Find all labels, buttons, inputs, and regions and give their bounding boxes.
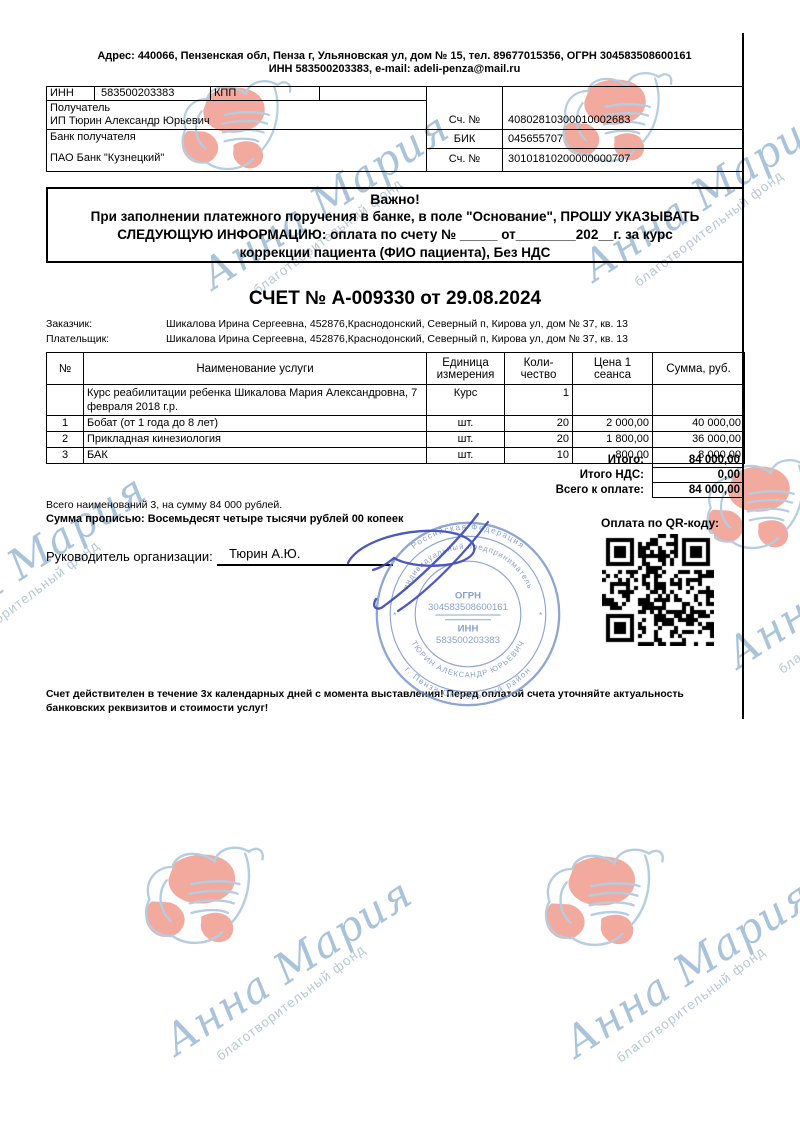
bik-value: 045655707 <box>503 130 743 149</box>
total-due-value: 84 000,00 <box>652 483 744 498</box>
notice-title: Важно! <box>48 190 742 208</box>
cell-unit: шт. <box>427 416 505 432</box>
customer-value: Шикалова Ирина Сергеевна, 452876,Краснод… <box>166 318 628 330</box>
services-table: № Наименование услуги Единица измерения … <box>46 352 745 464</box>
account-value: 40802810300010002683 <box>503 87 743 130</box>
total-nds-value: 0,00 <box>652 468 744 483</box>
notice-line-2: СЛЕДУЮЩУЮ ИНФОРМАЦИЮ: оплата по счету № … <box>48 226 742 244</box>
cell-name: Прикладная кинезиология <box>84 432 427 448</box>
customer-label: Заказчик: <box>46 318 166 330</box>
inn-value: 583500203383 <box>95 87 211 101</box>
total-value: 84 000,00 <box>652 453 744 468</box>
corr-account-value: 30101810200000000707 <box>503 149 743 171</box>
company-address-block: Адрес: 440066, Пензенская обл, Пенза г, … <box>46 50 743 76</box>
table-row: Курс реабилитации ребенка Шикалова Мария… <box>47 385 745 416</box>
address-line-2: ИНН 583500203383, e-mail: adeli-penza@ma… <box>46 63 743 76</box>
recipient-cell: Получатель ИП Тюрин Александр Юрьевич <box>47 101 427 130</box>
header-qty: Коли-чество <box>505 353 573 385</box>
cell-name: Курс реабилитации ребенка Шикалова Мария… <box>84 385 427 416</box>
stamp-star-right: * <box>539 610 543 620</box>
invoice-page: Адрес: 440066, Пензенская обл, Пенза г, … <box>0 0 800 1131</box>
table-row: 1 Бобат (от 1 года до 8 лет) шт. 20 2 00… <box>47 416 745 432</box>
payer-label: Плательщик: <box>46 333 166 345</box>
bik-label: БИК <box>427 130 503 149</box>
cell-num <box>47 385 84 416</box>
stamp-inn-value: 583500203383 <box>436 635 500 646</box>
cell-price <box>573 385 653 416</box>
table-header-row: № Наименование услуги Единица измерения … <box>47 353 745 385</box>
notice-line-3: коррекции пациента (ФИО пациента), Без Н… <box>48 244 742 262</box>
header-price: Цена 1 сеанса <box>573 353 653 385</box>
total-label: Итого: <box>608 453 652 468</box>
totals-block: Итого: 84 000,00 Итого НДС: 0,00 Всего к… <box>46 453 744 498</box>
kpp-value <box>320 87 427 101</box>
payment-notice-box: Важно! При заполнении платежного поручен… <box>46 187 744 263</box>
customer-row: Заказчик: Шикалова Ирина Сергеевна, 4528… <box>46 318 744 330</box>
items-count-line: Всего наименований 3, на сумму 84 000 ру… <box>46 499 282 511</box>
recipient-label: Получатель <box>50 102 423 115</box>
recipient-bank-name: ПАО Банк "Кузнецкий" <box>50 152 423 165</box>
kpp-label: КПП <box>211 87 320 101</box>
signature-scribble <box>330 508 530 618</box>
inn-label: ИНН <box>47 87 95 101</box>
cell-unit: шт. <box>427 432 505 448</box>
cell-sum: 36 000,00 <box>653 432 745 448</box>
recipient-name: ИП Тюрин Александр Юрьевич <box>50 115 423 128</box>
notice-line-1: При заполнении платежного поручения в ба… <box>48 208 742 226</box>
director-label: Руководитель организации: <box>46 549 213 564</box>
cell-qty: 20 <box>505 416 573 432</box>
cell-unit: Курс <box>427 385 505 416</box>
address-line-1: Адрес: 440066, Пензенская обл, Пенза г, … <box>46 50 743 63</box>
cell-sum <box>653 385 745 416</box>
recipient-bank-label: Банк получателя <box>50 131 423 144</box>
total-row: Итого НДС: 0,00 <box>46 468 744 483</box>
cell-price: 2 000,00 <box>573 416 653 432</box>
payer-value: Шикалова Ирина Сергеевна, 452876,Краснод… <box>166 333 628 345</box>
payer-row: Плательщик: Шикалова Ирина Сергеевна, 45… <box>46 333 744 345</box>
table-row: 2 Прикладная кинезиология шт. 20 1 800,0… <box>47 432 745 448</box>
total-row: Итого: 84 000,00 <box>46 453 744 468</box>
invoice-title: СЧЕТ № А-009330 от 29.08.2024 <box>46 288 744 310</box>
cell-num: 1 <box>47 416 84 432</box>
recipient-bank-cell: Банк получателя ПАО Банк "Кузнецкий" <box>47 130 427 171</box>
header-name: Наименование услуги <box>84 353 427 385</box>
stamp-inn-label: ИНН <box>458 623 479 634</box>
cell-num: 2 <box>47 432 84 448</box>
qr-code-icon <box>602 534 714 646</box>
header-unit: Единица измерения <box>427 353 505 385</box>
header-sum: Сумма, руб. <box>653 353 745 385</box>
header-num: № <box>47 353 84 385</box>
cell-qty: 20 <box>505 432 573 448</box>
bank-details-table: ИНН 583500203383 КПП Получатель ИП Тюрин… <box>46 86 744 172</box>
total-nds-label: Итого НДС: <box>580 468 652 483</box>
account-label: Сч. № <box>427 87 503 130</box>
cell-sum: 40 000,00 <box>653 416 745 432</box>
qr-payment-label: Оплата по QR-коду: <box>601 516 719 530</box>
total-due-label: Всего к оплате: <box>556 483 652 498</box>
total-row: Всего к оплате: 84 000,00 <box>46 483 744 498</box>
cell-name: Бобат (от 1 года до 8 лет) <box>84 416 427 432</box>
cell-price: 1 800,00 <box>573 432 653 448</box>
corr-account-label: Сч. № <box>427 149 503 171</box>
cell-qty: 1 <box>505 385 573 416</box>
